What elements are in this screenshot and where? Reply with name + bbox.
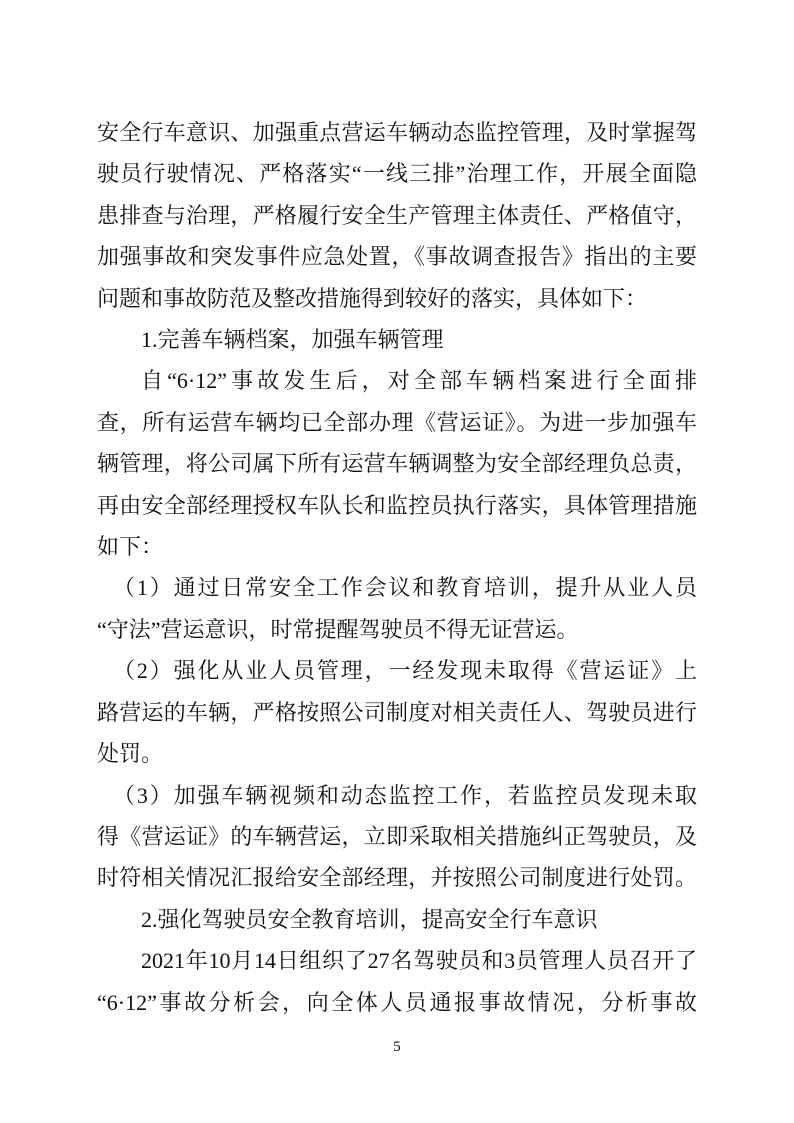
section-heading: 1.完善车辆档案，加强车辆管理 [97,319,697,360]
text-line: 得《营运证》的车辆营运，立即采取相关措施纠正驾驶员，及 [97,816,697,857]
text-line: 驶员行驶情况、严格落实“一线三排”治理工作，开展全面隐 [97,153,697,194]
document-body: 安全行车意识、加强重点营运车辆动态监控管理，及时掌握驾 驶员行驶情况、严格落实“… [97,112,697,1023]
text-line: 查，所有运营车辆均已全部办理《营运证》。为进一步加强车 [97,402,697,443]
text-line: 如下： [97,526,697,567]
text-line: 辆管理，将公司属下所有运营车辆调整为安全部经理负总责， [97,443,697,484]
text-line: 2021年10月14日组织了27名驾驶员和3员管理人员召开了 [97,940,697,981]
text-line: 患排查与治理，严格履行安全生产管理主体责任、严格值守， [97,195,697,236]
text-line: 自“6·12”事故发生后，对全部车辆档案进行全面排 [97,360,697,401]
text-line: 问题和事故防范及整改措施得到较好的落实，具体如下： [97,278,697,319]
list-item: （3）加强车辆视频和动态监控工作，若监控员发现未取 [97,775,697,816]
text-line: “守法”营运意识，时常提醒驾驶员不得无证营运。 [97,609,697,650]
page-number: 5 [0,1038,794,1056]
text-line: 时符相关情况汇报给安全部经理，并按照公司制度进行处罚。 [97,857,697,898]
text-line: 再由安全部经理授权车队长和监控员执行落实，具体管理措施 [97,485,697,526]
list-item: （2）强化从业人员管理，一经发现未取得《营运证》上 [97,650,697,691]
list-item: （1）通过日常安全工作会议和教育培训，提升从业人员 [97,567,697,608]
section-heading: 2.强化驾驶员安全教育培训，提高安全行车意识 [97,899,697,940]
text-line: 处罚。 [97,733,697,774]
document-page: 安全行车意识、加强重点营运车辆动态监控管理，及时掌握驾 驶员行驶情况、严格落实“… [0,0,794,1123]
text-line: 路营运的车辆，严格按照公司制度对相关责任人、驾驶员进行 [97,692,697,733]
text-line: 加强事故和突发事件应急处置，《事故调查报告》指出的主要 [97,236,697,277]
text-line: “6·12”事故分析会，向全体人员通报事故情况，分析事故 [97,982,697,1023]
text-line: 安全行车意识、加强重点营运车辆动态监控管理，及时掌握驾 [97,112,697,153]
